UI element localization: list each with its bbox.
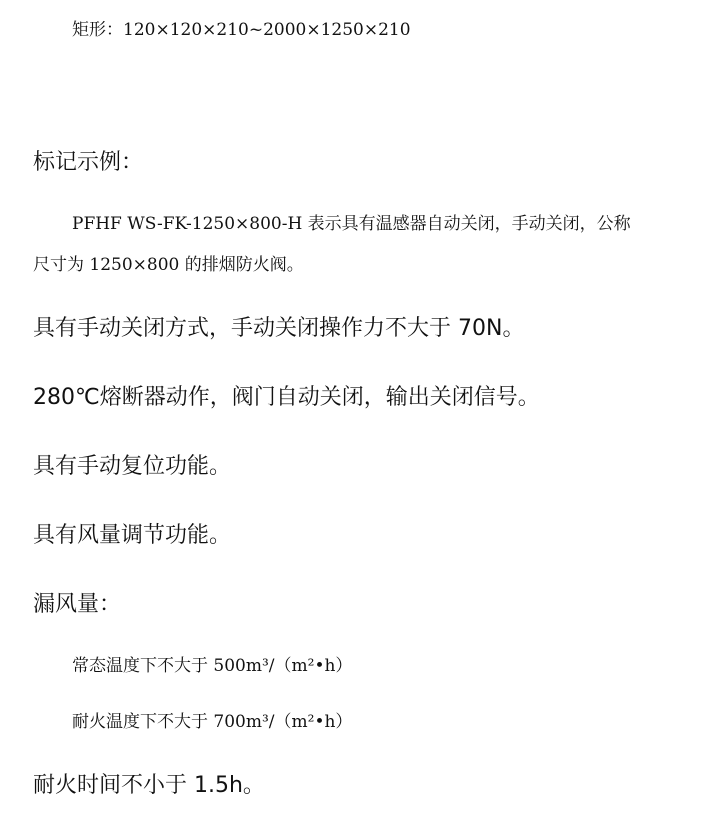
spec-rectangular-size: 矩形：120×120×210~2000×1250×210 xyxy=(72,22,411,39)
fire-resistance-time: 耐火时间不小于 1.5h。 xyxy=(33,775,265,797)
marking-example-heading: 标记示例： xyxy=(33,152,143,174)
leakage-normal-temperature: 常态温度下不大于 500m³/（m²•h） xyxy=(72,658,352,675)
leakage-fire-temperature: 耐火温度下不大于 700m³/（m²•h） xyxy=(72,714,352,731)
feature-fusible-link: 280℃熔断器动作，阀门自动关闭，输出关闭信号。 xyxy=(33,387,540,409)
marking-example-text-line-1: PFHF WS-FK-1250×800-H 表示具有温感器自动关闭，手动关闭，公… xyxy=(72,216,631,233)
marking-example-text-line-2: 尺寸为 1250×800 的排烟防火阀。 xyxy=(33,257,304,274)
feature-manual-reset: 具有手动复位功能。 xyxy=(33,456,231,478)
feature-airflow-adjust: 具有风量调节功能。 xyxy=(33,525,231,547)
feature-manual-close: 具有手动关闭方式，手动关闭操作力不大于 70N。 xyxy=(33,318,524,340)
leakage-heading: 漏风量： xyxy=(33,594,121,616)
